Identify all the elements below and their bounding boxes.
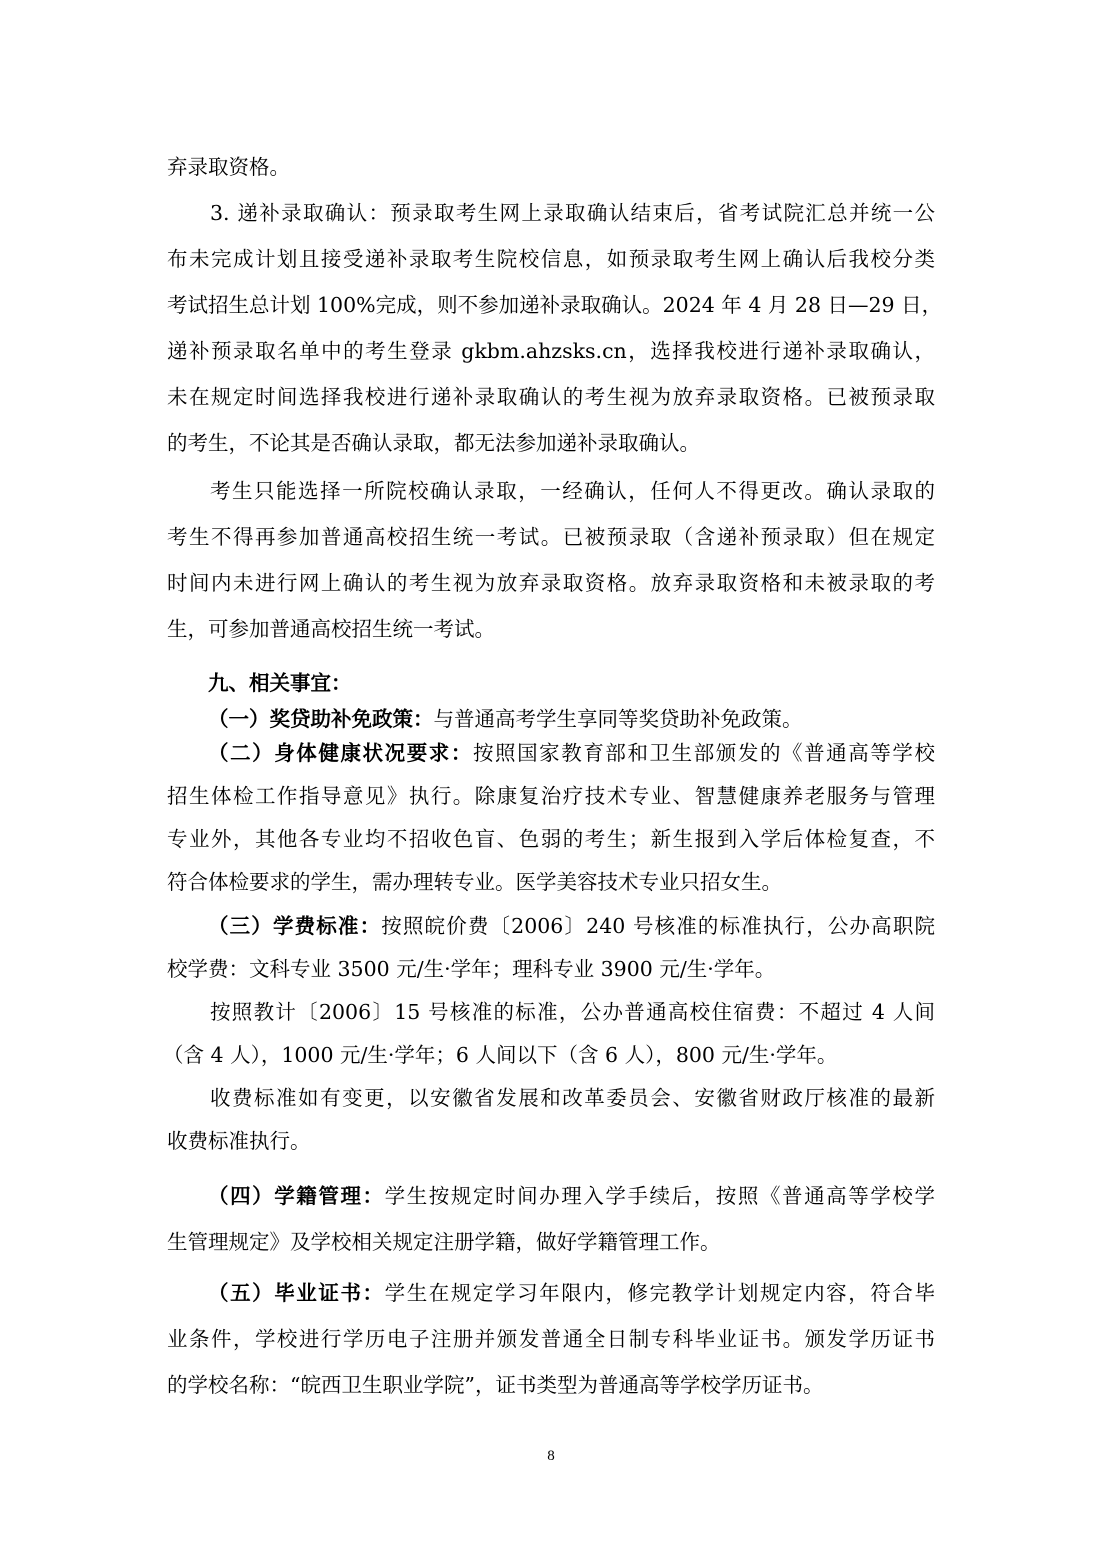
item-label: （二）身体健康状况要求： — [208, 741, 473, 765]
paragraph-line: 符合体检要求的学生，需办理转专业。医学美容技术专业只招女生。 — [167, 869, 935, 895]
item-text: 按照国家教育部和卫生部颁发的《普通高等学校 — [473, 741, 935, 765]
paragraph-line: 考生只能选择一所院校确认录取，一经确认，任何人不得更改。确认录取的 — [210, 478, 935, 504]
paragraph-line: 弃录取资格。 — [167, 154, 935, 180]
item-label: （四）学籍管理： — [208, 1184, 385, 1208]
paragraph-line: 的学校名称：“皖西卫生职业学院”，证书类型为普通高等学校学历证书。 — [167, 1372, 935, 1398]
paragraph-line: 考生不得再参加普通高校招生统一考试。已被预录取（含递补预录取）但在规定 — [167, 524, 935, 550]
paragraph-line: 收费标准执行。 — [167, 1128, 935, 1154]
paragraph-line: 未在规定时间选择我校进行递补录取确认的考生视为放弃录取资格。已被预录取 — [167, 384, 935, 410]
paragraph-line: 的考生，不论其是否确认录取，都无法参加递补录取确认。 — [167, 430, 935, 456]
item-tuition: （三）学费标准：按照皖价费〔2006〕240 号核准的标准执行，公办高职院 — [208, 913, 935, 939]
item-label: （一）奖贷助补免政策： — [208, 707, 434, 731]
page-number: 8 — [0, 1448, 1102, 1465]
paragraph-line: 考试招生总计划 100%完成，则不参加递补录取确认。2024 年 4 月 28 … — [167, 292, 935, 318]
item-text: 与普通高考学生享同等奖贷助补免政策。 — [434, 707, 803, 731]
item-graduation: （五）毕业证书：学生在规定学习年限内，修完教学计划规定内容，符合毕 — [208, 1280, 935, 1306]
paragraph-line: 专业外，其他各专业均不招收色盲、色弱的考生；新生报到入学后体检复查，不 — [167, 826, 935, 852]
paragraph-line: 业条件，学校进行学历电子注册并颁发普通全日制专科毕业证书。颁发学历证书 — [167, 1326, 935, 1352]
paragraph-line: 按照教计〔2006〕15 号核准的标准，公办普通高校住宿费：不超过 4 人间 — [210, 999, 935, 1025]
paragraph-line: 招生体检工作指导意见》执行。除康复治疗技术专业、智慧健康养老服务与管理 — [167, 783, 935, 809]
item-label: （三）学费标准： — [208, 914, 381, 938]
paragraph-line: 3. 递补录取确认：预录取考生网上录取确认结束后，省考试院汇总并统一公 — [210, 200, 935, 226]
item-text: 按照皖价费〔2006〕240 号核准的标准执行，公办高职院 — [381, 914, 935, 938]
item-health: （二）身体健康状况要求：按照国家教育部和卫生部颁发的《普通高等学校 — [208, 740, 935, 766]
item-text: 学生在规定学习年限内，修完教学计划规定内容，符合毕 — [385, 1281, 935, 1305]
item-registration: （四）学籍管理：学生按规定时间办理入学手续后，按照《普通高等学校学 — [208, 1183, 935, 1209]
paragraph-line: 收费标准如有变更，以安徽省发展和改革委员会、安徽省财政厅核准的最新 — [210, 1085, 935, 1111]
paragraph-line: 生管理规定》及学校相关规定注册学籍，做好学籍管理工作。 — [167, 1229, 935, 1255]
paragraph-line: （含 4 人），1000 元/生·学年；6 人间以下（含 6 人），800 元/… — [163, 1042, 931, 1068]
document-page: 弃录取资格。 3. 递补录取确认：预录取考生网上录取确认结束后，省考试院汇总并统… — [0, 0, 1102, 1559]
paragraph-line: 布未完成计划且接受递补录取考生院校信息，如预录取考生网上确认后我校分类 — [167, 246, 935, 272]
item-scholarship: （一）奖贷助补免政策：与普通高考学生享同等奖贷助补免政策。 — [208, 706, 935, 732]
paragraph-line: 生，可参加普通高校招生统一考试。 — [167, 616, 935, 642]
paragraph-line: 时间内未进行网上确认的考生视为放弃录取资格。放弃录取资格和未被录取的考 — [167, 570, 935, 596]
paragraph-line: 校学费：文科专业 3500 元/生·学年；理科专业 3900 元/生·学年。 — [167, 956, 935, 982]
section-heading: 九、相关事宜： — [208, 670, 976, 696]
item-label: （五）毕业证书： — [208, 1281, 385, 1305]
paragraph-line: 递补预录取名单中的考生登录 gkbm.ahzsks.cn，选择我校进行递补录取确… — [167, 338, 935, 364]
item-text: 学生按规定时间办理入学手续后，按照《普通高等学校学 — [385, 1184, 935, 1208]
